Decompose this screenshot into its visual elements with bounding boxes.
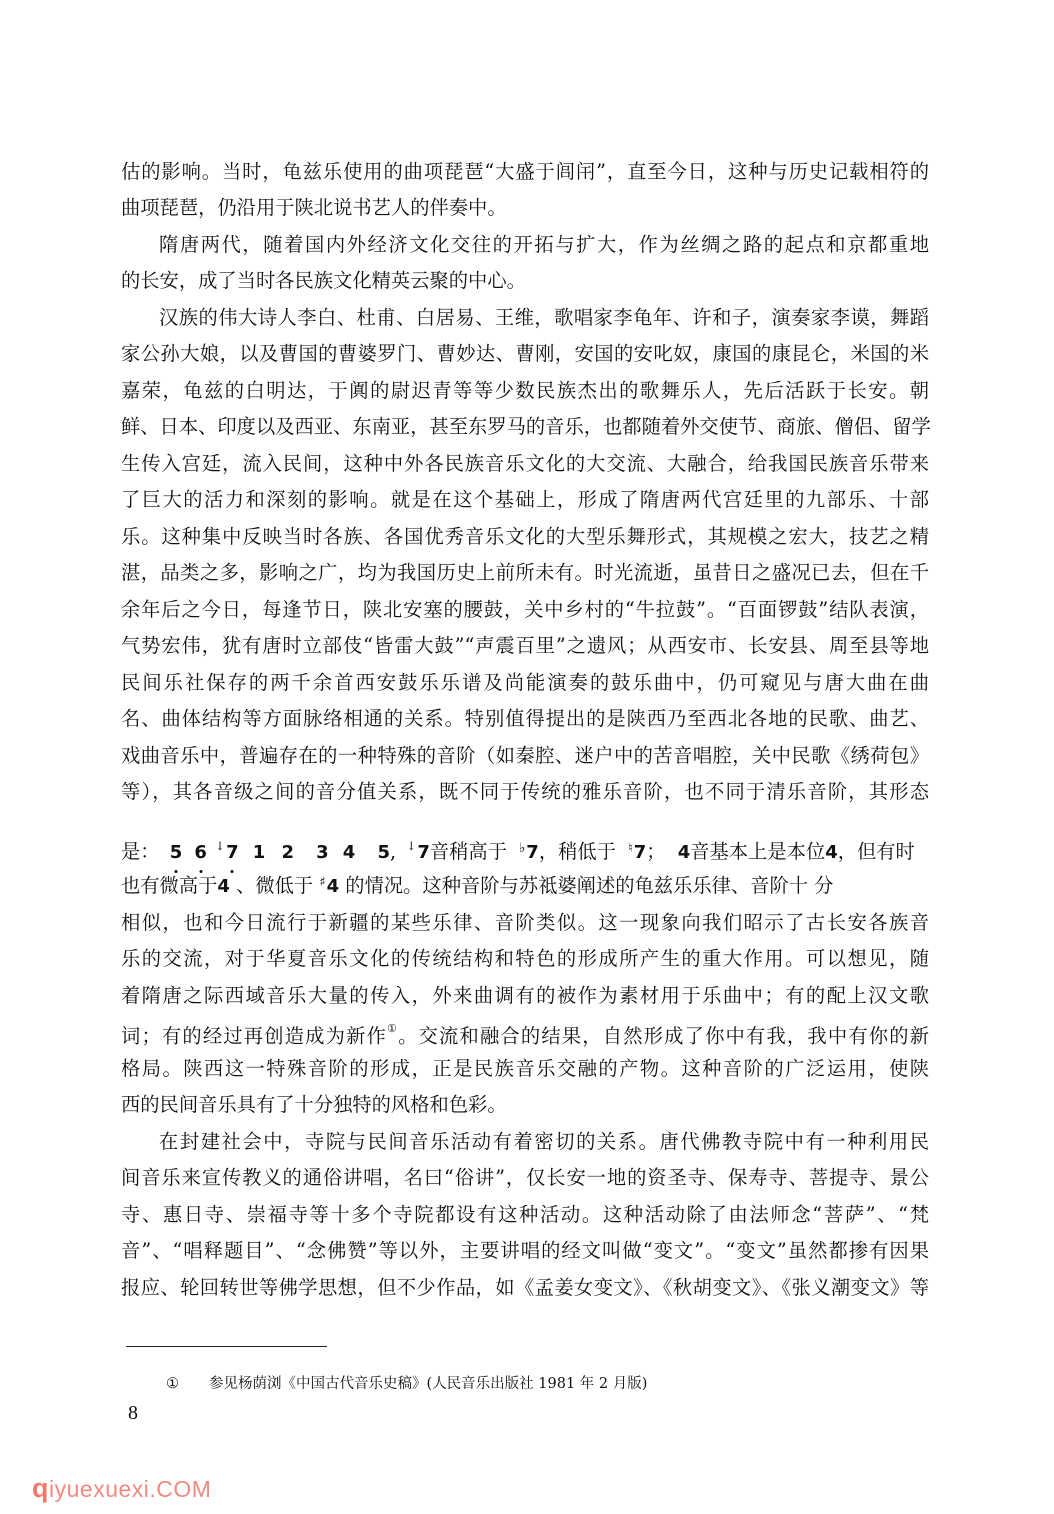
footnote: ①参见杨荫浏《中国古代音乐史稿》(人民音乐出版社 1981 年 2 月版) (166, 1372, 647, 1393)
text-line: 估的影响。当时，龟兹乐使用的曲项琵琶“大盛于闾闬”，直至今日，这种与历史记载相符… (121, 160, 929, 184)
scale-note: 1 (253, 841, 266, 865)
down-arrow-icon: ↓ (406, 834, 416, 858)
text-line: 乐。这种集中反映当时各族、各国优秀音乐文化的大型乐舞形式，其规模之宏大，技艺之精 (121, 525, 929, 549)
document-page: 估的影响。当时，龟兹乐使用的曲项琵琶“大盛于闾闬”，直至今日，这种与历史记载相符… (0, 0, 1054, 1514)
watermark-text: iyuexuexi.COM (49, 1476, 211, 1502)
comma: , (390, 840, 396, 864)
footnote-divider (126, 1346, 327, 1347)
text-line: 音”、“唱释题目”、“念佛赞”等以外，主要讲唱的经文叫做“变文”。“变文”虽然都… (121, 1239, 929, 1263)
music-text: ，稍低于 (539, 840, 616, 864)
text-run: 。交流和融合的结果，自然形成了你中有我，我中有你的新 (398, 1024, 929, 1047)
music-text: ； (646, 840, 665, 864)
sharp-icon: ♯ (319, 875, 325, 890)
down-arrow-icon: ↓ (215, 834, 225, 858)
note-four: 4 (217, 876, 230, 897)
text-run: 词；有的经过再创造成为新作 (121, 1024, 387, 1047)
scale-note: 4 (343, 841, 356, 865)
text-line: 嘉荣，龟兹的白明达，于阗的尉迟青等等少数民族杰出的歌舞乐人，先后活跃于长安。朝 (121, 379, 929, 403)
music-text: 音基本上是本位 (690, 840, 825, 864)
text-line: 报应、轮回转世等佛学思想，但不少作品，如《孟姜女变文》、《秋胡变文》、《张义潮变… (121, 1276, 929, 1300)
text-line: 也有微高于4 、微低于 ♯4 的情况。这种音阶与苏祗婆阐述的龟兹乐乐律、音阶十 … (121, 874, 929, 898)
scale-note: 3 (316, 841, 329, 865)
watermark-logo: qiyuexuexi.COM (32, 1473, 211, 1504)
natural-note: 7 (634, 841, 647, 865)
text-line: 湛，品类之多，影响之广，均为我国历史上前所未有。时光流逝，虽昔日之盛况已去，但在… (121, 561, 929, 585)
text-run: 、微低于 (230, 874, 319, 897)
text-run: 也有微高于 (121, 874, 217, 897)
note-four: 4 (825, 841, 838, 865)
music-text: 音稍高于 (430, 840, 507, 864)
scale-note: 5 (170, 841, 183, 865)
note-four: 4 (678, 841, 691, 865)
text-line: 了巨大的活力和深刻的影响。就是在这个基础上，形成了隋唐两代宫廷里的九部乐、十部 (121, 488, 929, 512)
text-run: 的情况。这种音阶与苏祗婆阐述的龟兹乐乐律、音阶十 分 (339, 874, 833, 897)
text-line: 的长安，成了当时各民族文化精英云聚的中心。 (121, 269, 929, 293)
text-line: 乐的交流，对于华夏音乐文化的传统结构和特色的形成所产生的重大作用。可以想见，随 (121, 947, 929, 971)
natural-icon: ♮ (628, 837, 633, 861)
footnote-mark: ① (166, 1376, 179, 1392)
text-line: 鲜、日本、印度以及西亚、东南亚，甚至东罗马的音乐，也都随着外交使节、商旅、僧侣、… (121, 415, 929, 439)
footnote-ref[interactable]: ① (387, 1022, 398, 1035)
watermark-q: q (32, 1473, 49, 1503)
text-line: 寺、惠日寺、崇福寺等十多个寺院都设有这种活动。这种活动除了由法师念“菩萨”、“梵 (121, 1203, 929, 1227)
flat-icon: ♭ (519, 837, 525, 861)
text-line: 着隋唐之际西域音乐大量的传入，外来曲调有的被作为素材用于乐曲中；有的配上汉文歌 (121, 984, 929, 1008)
text-line-with-footnote-ref: 词；有的经过再创造成为新作①。交流和融合的结果，自然形成了你中有我，我中有你的新 (121, 1020, 929, 1044)
text-line: 名、曲体结构等方面脉络相通的关系。特别值得提出的是陕西乃至西北各地的民歌、曲艺、 (121, 707, 929, 731)
text-line: 戏曲音乐中，普遍存在的一种特殊的音阶（如秦腔、迷户中的苦音唱腔，关中民歌《绣荷包… (121, 744, 929, 768)
scale-note: 2 (281, 841, 294, 865)
text-line: 西的民间音乐具有了十分独特的风格和色彩。 (121, 1093, 929, 1117)
scale-note: 7 (226, 841, 239, 865)
text-line: 曲项琵琶，仍沿用于陕北说书艺人的伴奏中。 (121, 196, 929, 220)
text-line: 家公孙大娘，以及曹国的曹婆罗门、曹妙达、曹刚，安国的安叱奴，康国的康昆仑，米国的… (121, 342, 929, 366)
page-number: 8 (128, 1402, 138, 1425)
text-line: 民间乐社保存的两千余首西安鼓乐乐谱及尚能演奏的鼓乐曲中，仍可窥见与唐大曲在曲 (121, 671, 929, 695)
scale-note: 6 (194, 841, 207, 865)
raised-note: 7 (417, 841, 430, 865)
scale-note: 5 (377, 841, 390, 865)
scale-notation-line: 是： 5 6 ↓7 1 2 3 4 5, ↓7音稍高于 ♭7，稍低于 ♮7； 4… (121, 840, 929, 870)
text-line: 在封建社会中，寺院与民间音乐活动有着密切的关系。唐代佛教寺院中有一种利用民 (159, 1130, 929, 1154)
text-line: 隋唐两代，随着国内外经济文化交往的开拓与扩大，作为丝绸之路的起点和京都重地 (159, 233, 929, 257)
text-line: 余年后之今日，每逢节日，陕北安塞的腰鼓，关中乡村的“牛拉鼓”。“百面锣鼓”结队表… (121, 598, 929, 622)
text-line: 汉族的伟大诗人李白、杜甫、白居易、王维，歌唱家李龟年、许和子，演奏家李谟，舞蹈 (159, 306, 929, 330)
footnote-text: 参见杨荫浏《中国古代音乐史稿》(人民音乐出版社 1981 年 2 月版) (209, 1376, 647, 1392)
flat-note: 7 (526, 841, 539, 865)
note-four: 4 (327, 876, 340, 897)
text-line: 格局。陕西这一特殊音阶的形成，正是民族音乐交融的产物。这种音阶的广泛运用，使陕 (121, 1057, 929, 1081)
music-text: ，但有时 (838, 840, 915, 864)
text-line: 生传入宫廷，流入民间，这种中外各民族音乐文化的大交流、大融合，给我国民族音乐带来 (121, 452, 929, 476)
music-prefix: 是： (121, 840, 160, 864)
text-line: 等），其各音级之间的音分值关系，既不同于传统的雅乐音阶，也不同于清乐音阶，其形态 (121, 780, 929, 804)
text-line: 间音乐来宣传教义的通俗讲唱，名曰“俗讲”，仅长安一地的资圣寺、保寿寺、菩提寺、景… (121, 1166, 929, 1190)
text-line: 相似，也和今日流行于新疆的某些乐律、音阶类似。这一现象向我们昭示了古长安各族音 (121, 911, 929, 935)
text-line: 气势宏伟，犹有唐时立部伎“皆雷大鼓”“声震百里”之遗风；从西安市、长安县、周至县… (121, 634, 929, 658)
